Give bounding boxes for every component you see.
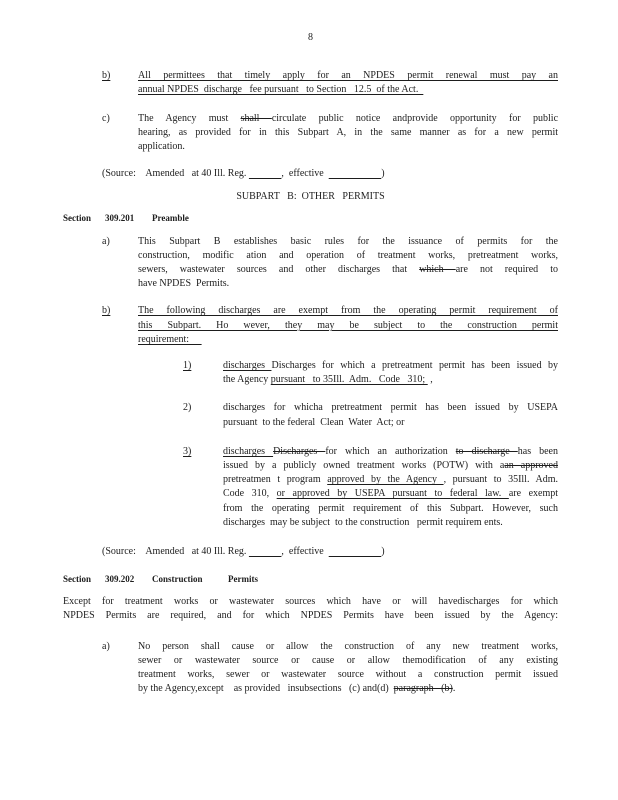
text-run: discharges for whicha pretreatment permi… [223,402,558,413]
text-run: Discharges for which a pretreatment perm… [271,360,558,371]
text-run: circulate public notice andprovide oppor… [272,113,558,124]
clause-text: discharges for whicha pretreatment permi… [223,401,558,429]
section-heading-part: 309.202 [105,573,152,585]
section-heading: Section309.202ConstructionPermits [63,573,558,585]
text-run: a) [102,236,110,247]
source-note: (Source: Amended at 40 Ill. Reg. , effec… [102,545,558,559]
inserted-text: requirement: [138,334,202,345]
clause-item: b)The following discharges are exempt fr… [102,304,558,347]
text-line: the Agency pursuant to 35Ill. Adm. Code … [223,373,558,387]
text-run: sewer or wastewater source or cause or a… [138,655,558,666]
text-line: this Subpart. Ho wever, they may be subj… [138,319,558,333]
section-heading-part: Section [63,212,105,224]
deleted-text: paragraph (b) [394,683,453,694]
text-line: The Agency must shall circulate public n… [138,112,558,126]
inserted-text: annual NPDES discharge fee pursuant to S… [138,84,423,95]
source-note: (Source: Amended at 40 Ill. Reg. , effec… [102,167,558,181]
clause-label: a) [102,640,138,697]
clause-text: No person shall cause or allow the const… [138,640,558,697]
text-run: are exempt [509,488,558,499]
clause-text: discharges Discharges for which a pretre… [223,359,558,387]
text-run: issued by a publicly owned treatment wor… [223,460,504,471]
inserted-text [249,168,282,179]
inserted-text [329,168,382,179]
inserted-text: b) [102,70,110,81]
section-heading-part: Section [63,573,105,585]
text-line: from the operating permit requirement of… [223,502,558,516]
clause-text: All permittees that timely apply for an … [138,69,558,97]
text-run: c) [102,113,110,124]
text-run: ) [381,168,384,179]
text-line: sewers, wastewater sources and other dis… [138,263,558,277]
text-run: by the Agency,except as provided insubse… [138,683,394,694]
text-line: have NPDES Permits. [138,277,558,291]
clause-label: 3) [183,445,223,530]
text-run: are not required to [456,264,558,275]
section-heading-part: Permits [228,573,288,585]
clause-item: 1)discharges Discharges for which a pret… [183,359,558,387]
text-line: pursuant to the federal Clean Water Act;… [223,416,558,430]
text-line: discharges Discharges for which a pretre… [223,359,558,373]
text-run: hearing, as provided for in this Subpart… [138,127,558,138]
inserted-text: or approved by USEPA pursuant to federal… [277,488,509,499]
inserted-text: pursuant to 35Ill. Adm. Code 310; [271,374,428,385]
inserted-text: b) [102,305,110,316]
text-run: Code 310, [223,488,277,499]
text-line: This Subpart B establishes basic rules f… [138,235,558,249]
text-run: from the operating permit requirement of… [223,503,558,514]
clause-label: b) [102,69,138,97]
clause-item: c)The Agency must shall circulate public… [102,112,558,155]
text-run: have NPDES Permits. [138,278,229,289]
text-run: construction, modific ation and operatio… [138,250,558,261]
clause-label: a) [102,235,138,292]
clause-label: 2) [183,401,223,429]
text-line: discharges for whicha pretreatment permi… [223,401,558,415]
inserted-text: The following discharges are exempt from… [138,305,558,316]
text-run: the Agency [223,374,271,385]
inserted-text: 1) [183,360,191,371]
text-line: No person shall cause or allow the const… [138,640,558,654]
clause-item: a)No person shall cause or allow the con… [102,640,558,697]
subpart-heading: SUBPART B: OTHER PERMITS [63,190,558,204]
text-line: All permittees that timely apply for an … [138,69,558,83]
text-run: for which an authorization [325,446,455,457]
deleted-text: to discharge [456,446,518,457]
text-line: The following discharges are exempt from… [138,304,558,318]
deleted-text: which [419,264,456,275]
clause-text: discharges Discharges for which an autho… [223,445,558,530]
text-line: (Source: Amended at 40 Ill. Reg. , effec… [102,545,558,559]
text-run: , effective [281,546,328,557]
text-run: has been [518,446,558,457]
text-run: pretreatmen t program [223,474,327,485]
clause-item: 3)discharges Discharges for which an aut… [183,445,558,530]
inserted-text: approved by the Agency [327,474,443,485]
text-run: The Agency must [138,113,241,124]
clause-label: 1) [183,359,223,387]
clause-item: 2)discharges for whicha pretreatment per… [183,401,558,429]
section-heading-part: 309.201 [105,212,152,224]
text-line: pretreatmen t program approved by the Ag… [223,473,558,487]
text-run: sewers, wastewater sources and other dis… [138,264,419,275]
text-run: No person shall cause or allow the const… [138,641,558,652]
text-line: discharges may be subject to the constru… [223,516,558,530]
text-run: , [428,374,433,385]
clause-label: c) [102,112,138,155]
text-run: a) [102,641,110,652]
section-heading: Section309.201Preamble [63,212,558,224]
document-page: 8b)All permittees that timely apply for … [0,0,618,800]
clause-text: The Agency must shall circulate public n… [138,112,558,155]
inserted-text [329,546,382,557]
text-run: (Source: Amended at 40 Ill. Reg. [102,168,249,179]
text-line: application. [138,140,558,154]
inserted-text: this Subpart. Ho wever, they may be subj… [138,320,558,331]
clause-label: b) [102,304,138,347]
text-line: hearing, as provided for in this Subpart… [138,126,558,140]
text-line: requirement: [138,333,558,347]
text-line: NPDES Permits are required, and for whic… [63,609,558,623]
text-line: Except for treatment works or wastewater… [63,595,558,609]
text-line: (Source: Amended at 40 Ill. Reg. , effec… [102,167,558,181]
clause-item: a)This Subpart B establishes basic rules… [102,235,558,292]
inserted-text: discharges [223,446,273,457]
section-heading-part: Preamble [152,212,228,224]
text-run: , effective [281,168,328,179]
clause-text: This Subpart B establishes basic rules f… [138,235,558,292]
text-run: application. [138,141,185,152]
inserted-text: 3) [183,446,191,457]
text-run: (Source: Amended at 40 Ill. Reg. [102,546,249,557]
text-line: construction, modific ation and operatio… [138,249,558,263]
section-heading-part: Construction [152,573,228,585]
clause-item: b)All permittees that timely apply for a… [102,69,558,97]
text-run: discharges may be subject to the constru… [223,517,503,528]
document-body: 8b)All permittees that timely apply for … [63,31,558,697]
text-line: annual NPDES discharge fee pursuant to S… [138,83,558,97]
inserted-text: All permittees that timely apply for an … [138,70,558,81]
deleted-text: shall [241,113,272,124]
clause-text: The following discharges are exempt from… [138,304,558,347]
text-line: treatment works, sewer or wastewater sou… [138,668,558,682]
text-line: issued by a publicly owned treatment wor… [223,459,558,473]
text-run: NPDES Permits are required, and for whic… [63,610,558,621]
text-line: Code 310, or approved by USEPA pursuant … [223,487,558,501]
text-run: , pursuant to 35Ill. Adm. [444,474,558,485]
text-run: Except for treatment works or wastewater… [63,596,558,607]
text-line: by the Agency,except as provided insubse… [138,682,558,696]
text-line: sewer or wastewater source or cause or a… [138,654,558,668]
text-run: ) [381,546,384,557]
text-line: discharges Discharges for which an autho… [223,445,558,459]
text-run: 2) [183,402,191,413]
text-run: This Subpart B establishes basic rules f… [138,236,558,247]
deleted-text: Discharges [273,446,325,457]
inserted-text: discharges [223,360,271,371]
text-run: pursuant to the federal Clean Water Act;… [223,417,404,428]
page-number: 8 [63,31,558,45]
inserted-text [249,546,282,557]
text-run: treatment works, sewer or wastewater sou… [138,669,558,680]
text-run: . [453,683,456,694]
paragraph: Except for treatment works or wastewater… [63,595,558,623]
deleted-text: an approved [504,460,558,471]
